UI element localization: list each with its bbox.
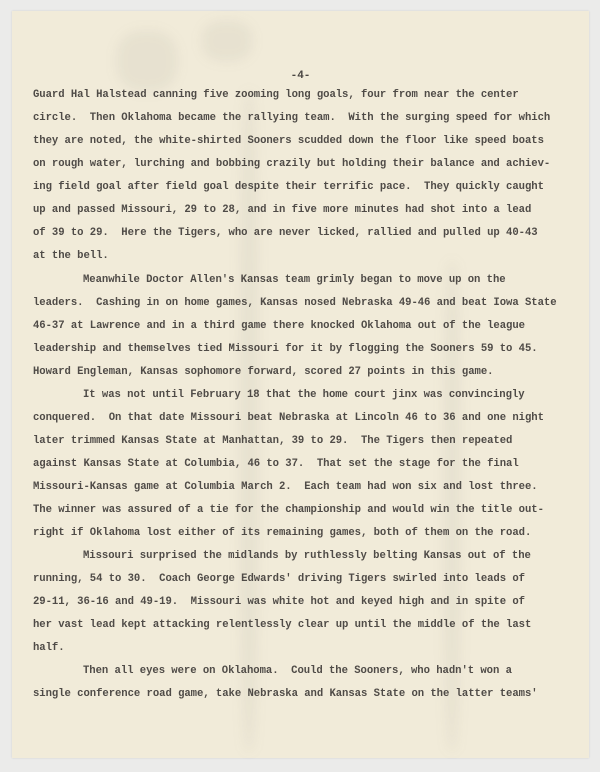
text-line: they are noted, the white-shirted Sooner… — [33, 135, 544, 147]
text-line: 46-37 at Lawrence and in a third game th… — [33, 320, 525, 332]
text-line: conquered. On that date Missouri beat Ne… — [33, 412, 544, 424]
text-line: against Kansas State at Columbia, 46 to … — [33, 458, 519, 470]
paragraph-start-line: Meanwhile Doctor Allen's Kansas team gri… — [83, 274, 506, 286]
text-line: later trimmed Kansas State at Manhattan,… — [33, 435, 512, 447]
text-line: leadership and themselves tied Missouri … — [33, 343, 538, 355]
text-line: 29-11, 36-16 and 49-19. Missouri was whi… — [33, 596, 525, 608]
text-line: Guard Hal Halstead canning five zooming … — [33, 89, 519, 101]
text-line: Howard Engleman, Kansas sophomore forwar… — [33, 366, 493, 378]
text-line: up and passed Missouri, 29 to 28, and in… — [33, 204, 531, 216]
text-line: single conference road game, take Nebras… — [33, 688, 538, 700]
paragraph-start-line: Missouri surprised the midlands by ruthl… — [83, 550, 531, 562]
text-line: running, 54 to 30. Coach George Edwards'… — [33, 573, 525, 585]
paragraph-start-line: Then all eyes were on Oklahoma. Could th… — [83, 665, 512, 677]
text-line: of 39 to 29. Here the Tigers, who are ne… — [33, 227, 538, 239]
text-line: at the bell. — [33, 250, 109, 262]
paper-smudge — [202, 21, 252, 61]
text-line: leaders. Cashing in on home games, Kansa… — [33, 297, 557, 309]
text-line: on rough water, lurching and bobbing cra… — [33, 158, 550, 170]
paragraph-start-line: It was not until February 18 that the ho… — [83, 389, 525, 401]
paper-smudge — [117, 31, 177, 91]
text-line: The winner was assured of a tie for the … — [33, 504, 544, 516]
text-line: circle. Then Oklahoma became the rallyin… — [33, 112, 550, 124]
text-line: Missouri-Kansas game at Columbia March 2… — [33, 481, 538, 493]
text-line: ing field goal after field goal despite … — [33, 181, 544, 193]
document-page: -4- Guard Hal Halstead canning five zoom… — [12, 11, 589, 758]
text-line: half. — [33, 642, 65, 654]
text-line: right if Oklahoma lost either of its rem… — [33, 527, 531, 539]
page-number: -4- — [12, 70, 589, 82]
text-line: her vast lead kept attacking relentlessl… — [33, 619, 531, 631]
